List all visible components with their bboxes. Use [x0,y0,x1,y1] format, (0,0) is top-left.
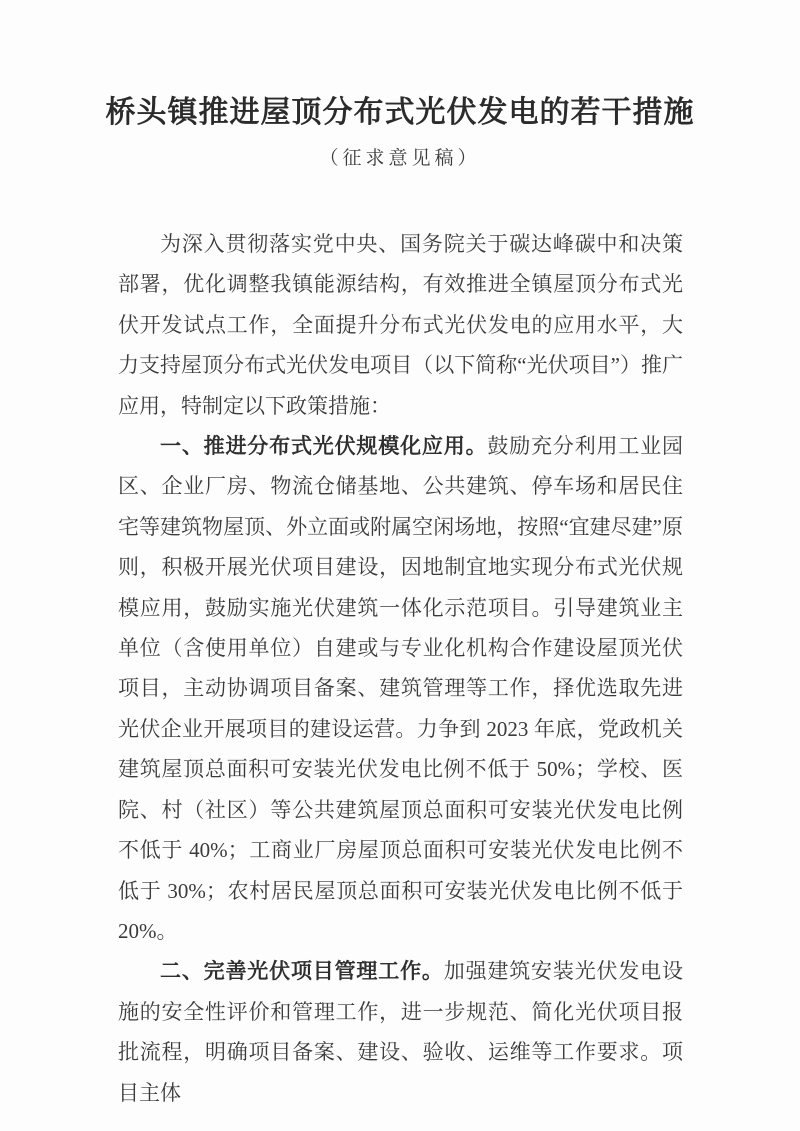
document-body: 为深入贯彻落实党中央、国务院关于碳达峰碳中和决策部署，优化调整我镇能源结构，有效… [118,224,683,1113]
paragraph-intro: 为深入贯彻落实党中央、国务院关于碳达峰碳中和决策部署，优化调整我镇能源结构，有效… [118,224,683,426]
document-title: 桥头镇推进屋顶分布式光伏发电的若干措施 [0,0,800,132]
paragraph-lead: 二、完善光伏项目管理工作。 [160,959,444,983]
paragraph-measure-2: 二、完善光伏项目管理工作。加强建筑安装光伏发电设施的安全性评价和管理工作，进一步… [118,951,683,1113]
paragraph-lead: 一、推进分布式光伏规模化应用。 [160,434,487,458]
document-subtitle: （征求意见稿） [0,145,800,173]
paragraph-measure-1: 一、推进分布式光伏规模化应用。鼓励充分利用工业园区、企业厂房、物流仓储基地、公共… [118,426,683,951]
paragraph-text: 鼓励充分利用工业园区、企业厂房、物流仓储基地、公共建筑、停车场和居民住宅等建筑物… [118,434,683,943]
paragraph-text: 为深入贯彻落实党中央、国务院关于碳达峰碳中和决策部署，优化调整我镇能源结构，有效… [118,232,683,418]
document-page: 桥头镇推进屋顶分布式光伏发电的若干措施 （征求意见稿） 为深入贯彻落实党中央、国… [0,0,800,1131]
